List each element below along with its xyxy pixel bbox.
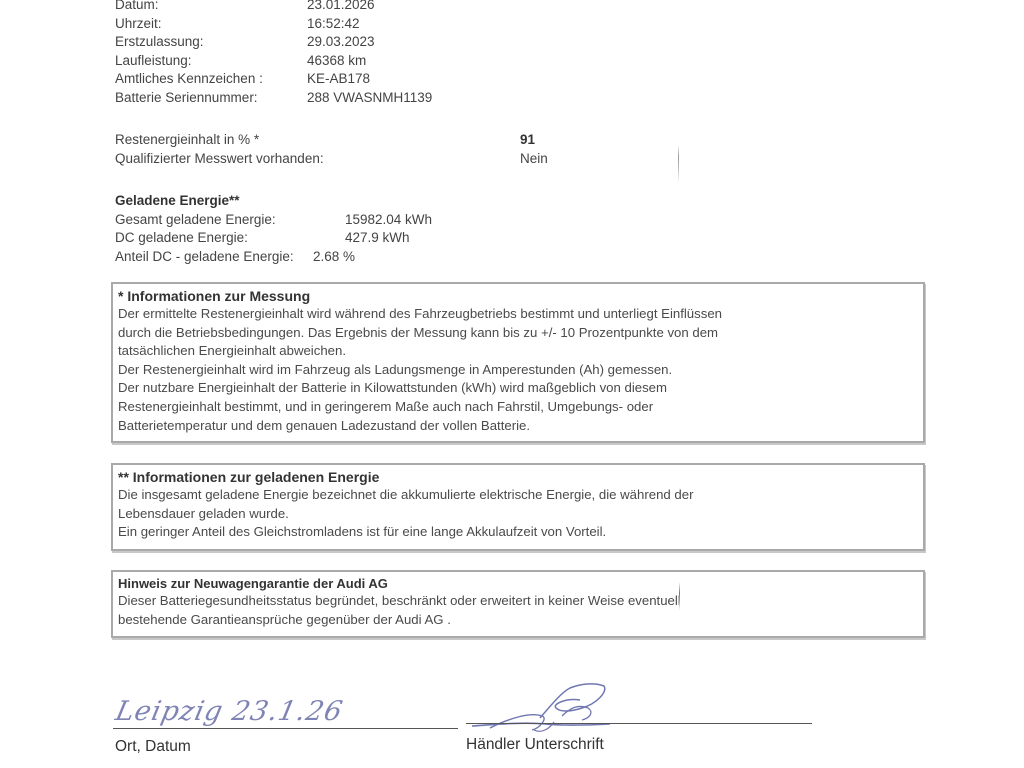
measurement-info-line: tatsächlichen Energieinhalt abweichen. <box>118 342 918 361</box>
first-registration-value: 29.03.2023 <box>307 33 375 52</box>
measurement-info-line: durch die Betriebsbedingungen. Das Ergeb… <box>118 324 918 343</box>
measurement-info-line: Der nutzbare Energieinhalt der Batterie … <box>118 379 918 398</box>
scan-artifact-mark <box>679 582 680 610</box>
measurement-info-line: Restenergieinhalt bestimmt, und in gerin… <box>118 398 918 417</box>
charged-energy-info-line: Die insgesamt geladene Energie bezeichne… <box>118 486 918 505</box>
charged-energy-info-title: ** Informationen zur geladenen Energie <box>118 468 918 486</box>
vehicle-info: Datum: 23.01.2026 Uhrzeit: 16:52:42 Erst… <box>115 0 615 107</box>
scan-artifact-mark <box>678 145 679 183</box>
mileage-value: 46368 km <box>307 52 366 71</box>
dc-share-value: 2.68 % <box>313 248 355 267</box>
soh-row-qualified-measurement: Qualifizierter Messwert vorhanden: Nein <box>115 150 715 169</box>
qualified-measurement-value: Nein <box>520 150 548 169</box>
dc-energy-label: DC geladene Energie: <box>115 229 248 248</box>
charged-energy-info-line: Ein geringer Anteil des Gleichstromladen… <box>118 523 918 542</box>
handwritten-place-date: Leipzig 23.1.26 <box>113 696 346 727</box>
dealer-signature-caption: Händler Unterschrift <box>466 736 604 754</box>
charged-energy-title: Geladene Energie** <box>115 192 240 211</box>
charged-energy-info-box: ** Informationen zur geladenen Energie D… <box>111 463 925 551</box>
mileage-label: Laufleistung: <box>115 52 192 71</box>
measurement-info-title: * Informationen zur Messung <box>118 287 918 305</box>
state-of-health: Restenergieinhalt in % * 91 Qualifiziert… <box>115 131 715 168</box>
total-energy-label: Gesamt geladene Energie: <box>115 211 276 230</box>
dealer-signature-line <box>466 723 812 724</box>
qualified-measurement-label: Qualifizierter Messwert vorhanden: <box>115 150 324 169</box>
vehicle-info-row-date: Datum: 23.01.2026 <box>115 0 615 15</box>
dc-share-label: Anteil DC - geladene Energie: <box>115 248 294 267</box>
warranty-notice-line: Dieser Batteriegesundheitsstatus begründ… <box>118 592 918 611</box>
measurement-info-line: Der Restenergieinhalt wird im Fahrzeug a… <box>118 361 918 380</box>
date-label: Datum: <box>115 0 159 15</box>
charged-energy-info-line: Lebensdauer geladen wurde. <box>118 505 918 524</box>
place-date-signature-line <box>113 728 458 729</box>
dealer-signature-scribble <box>470 678 620 734</box>
charged-energy: Geladene Energie** Gesamt geladene Energ… <box>115 192 615 266</box>
license-plate-label: Amtliches Kennzeichen : <box>115 70 263 89</box>
remaining-energy-value: 91 <box>520 131 535 150</box>
warranty-notice-box: Hinweis zur Neuwagengarantie der Audi AG… <box>111 570 925 638</box>
vehicle-info-row-license-plate: Amtliches Kennzeichen : KE-AB178 <box>115 70 615 89</box>
charged-energy-row-dc-share: Anteil DC - geladene Energie: 2.68 % <box>115 248 615 267</box>
vehicle-info-row-battery-serial: Batterie Seriennummer: 288 VWASNMH1139 <box>115 89 615 108</box>
soh-row-remaining-energy: Restenergieinhalt in % * 91 <box>115 131 715 150</box>
measurement-info-line: Der ermittelte Restenergieinhalt wird wä… <box>118 305 918 324</box>
charged-energy-row-total: Gesamt geladene Energie: 15982.04 kWh <box>115 211 615 230</box>
time-value: 16:52:42 <box>307 15 360 34</box>
warranty-notice-line: bestehende Garantieansprüche gegenüber d… <box>118 611 918 630</box>
warranty-notice-title: Hinweis zur Neuwagengarantie der Audi AG <box>118 575 918 592</box>
first-registration-label: Erstzulassung: <box>115 33 204 52</box>
vehicle-info-row-mileage: Laufleistung: 46368 km <box>115 52 615 71</box>
total-energy-value: 15982.04 kWh <box>345 211 432 230</box>
vehicle-info-row-time: Uhrzeit: 16:52:42 <box>115 15 615 34</box>
dc-energy-value: 427.9 kWh <box>345 229 410 248</box>
remaining-energy-label: Restenergieinhalt in % * <box>115 131 259 150</box>
measurement-info-line: Batterietemperatur und dem genauen Ladez… <box>118 417 918 436</box>
battery-serial-label: Batterie Seriennummer: <box>115 89 258 108</box>
time-label: Uhrzeit: <box>115 15 162 34</box>
charged-energy-row-dc: DC geladene Energie: 427.9 kWh <box>115 229 615 248</box>
measurement-info-box: * Informationen zur Messung Der ermittel… <box>111 282 925 443</box>
license-plate-value: KE-AB178 <box>307 70 370 89</box>
battery-serial-value: 288 VWASNMH1139 <box>307 89 432 108</box>
date-value: 23.01.2026 <box>307 0 375 15</box>
vehicle-info-row-first-registration: Erstzulassung: 29.03.2023 <box>115 33 615 52</box>
place-date-caption: Ort, Datum <box>115 738 191 756</box>
battery-health-certificate: Datum: 23.01.2026 Uhrzeit: 16:52:42 Erst… <box>0 0 1024 768</box>
